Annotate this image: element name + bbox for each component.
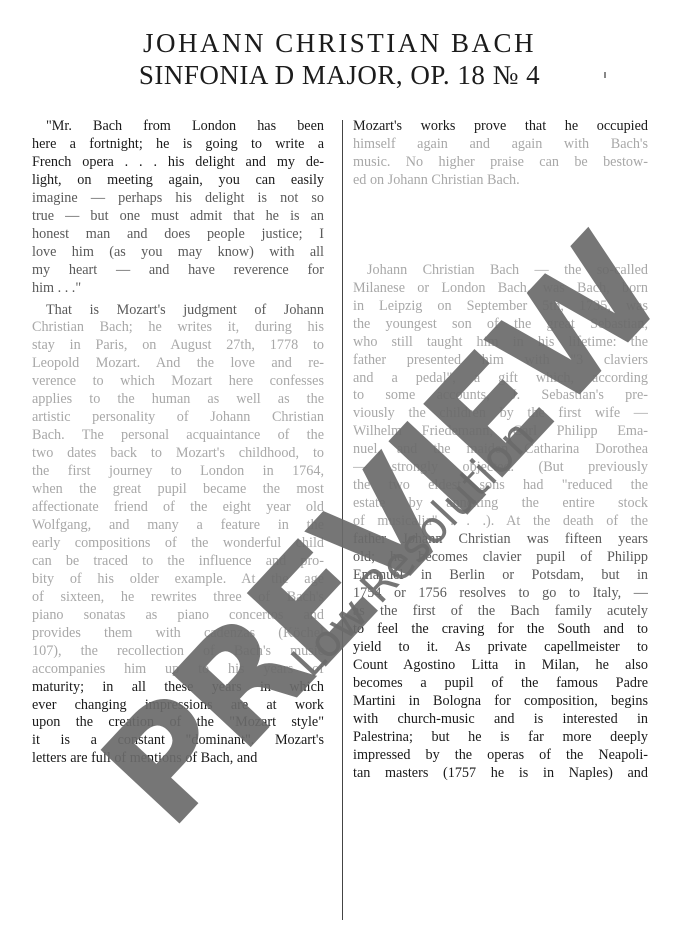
text-line: light, on meeting again, you can easily <box>32 172 324 190</box>
text-line: becomes a pupil of the famous Padre <box>353 675 648 693</box>
work-title: SINFONIA D MAJOR, OP. 18 № 4 <box>0 60 679 91</box>
text-line: That is Mozart's judgment of Johann <box>32 302 324 320</box>
text-line: 107), the recollection of Bach's music <box>32 643 324 661</box>
text-line: Bach. The personal acquaintance of the <box>32 427 324 445</box>
scan-speck <box>604 72 606 78</box>
text-line: of musicalia" . . .). At the death of th… <box>353 513 648 531</box>
text-line: himself again and again with Bach's <box>353 136 648 154</box>
text-line: Milanese or London Bach, was Bach, born <box>353 280 648 298</box>
text-line: can be traced to the influence and pro- <box>32 553 324 571</box>
text-line: viously the children by the first wife — <box>353 405 648 423</box>
text-line: the two eldest sons had "reduced the <box>353 477 648 495</box>
text-line: him . . ." <box>32 280 324 298</box>
text-line: Martini in Bologna for composition, begi… <box>353 693 648 711</box>
text-line: as the first of the Bach family acutely <box>353 603 648 621</box>
text-line: tan masters (1757 he is in Naples) and <box>353 765 648 783</box>
text-line: accompanies him up to his years of <box>32 661 324 679</box>
text-line: bity of his older example. At the age <box>32 571 324 589</box>
text-line: letters are full of mentions of Bach, an… <box>32 750 324 768</box>
text-line: true — but one must admit that he is an <box>32 208 324 226</box>
text-line: affectionate friend of the eight year ol… <box>32 499 324 517</box>
text-line: Wilhelm Friedemann, Carl Philipp Ema- <box>353 423 648 441</box>
text-line: ed on Johann Christian Bach. <box>353 172 648 190</box>
text-line: applies to the human as well as the <box>32 391 324 409</box>
text-line: provides them with cadenzas (Köchel <box>32 625 324 643</box>
text-line: Leopold Mozart. And the love and re- <box>32 355 324 373</box>
text-line: when the great pupil became the most <box>32 481 324 499</box>
text-line: honest man and does people justice; I <box>32 226 324 244</box>
text-line: Mozart's works prove that he occupied <box>353 118 648 136</box>
text-line: here a fortnight; he is going to write a <box>32 136 324 154</box>
text-line: father presented him with "3 claviers <box>353 352 648 370</box>
text-line: Wolfgang, and many a feature in the <box>32 517 324 535</box>
text-line: to feel the craving for the South and to <box>353 621 648 639</box>
text-line: maturity; in all these years in which <box>32 679 324 697</box>
text-line: Count Agostino Litta in Milan, he also <box>353 657 648 675</box>
text-line: my heart — and have reverence for <box>32 262 324 280</box>
text-line: impressed by the operas of the Neapoli- <box>353 747 648 765</box>
text-line: upon the creation of the "Mozart style" <box>32 714 324 732</box>
text-line: in Leipzig on September 5th, 1735, was <box>353 298 648 316</box>
text-line: imagine — perhaps his delight is not so <box>32 190 324 208</box>
text-line: the first journey to London in 1764, <box>32 463 324 481</box>
text-line: artistic personality of Johann Christian <box>32 409 324 427</box>
text-line: it is a constant "dominant". Mozart's <box>32 732 324 750</box>
text-line: Christian Bach; he writes it, during his <box>32 319 324 337</box>
composer-title: JOHANN CHRISTIAN BACH <box>0 28 679 59</box>
text-line: ever changing impressions are at work <box>32 697 324 715</box>
text-line: French opera . . . his delight and my de… <box>32 154 324 172</box>
text-line: two dates back to Mozart's childhood, to <box>32 445 324 463</box>
text-line: father Johann Christian was fifteen year… <box>353 531 648 549</box>
column-divider <box>342 120 343 920</box>
text-line: and a pedal", a gift which, according <box>353 370 648 388</box>
text-line: Emanuel in Berlin or Potsdam, but in <box>353 567 648 585</box>
text-line: piano sonatas as piano concertos and <box>32 607 324 625</box>
text-line: music. No higher praise can be bestow- <box>353 154 648 172</box>
paragraph-gap <box>353 190 648 262</box>
text-line: to some accounts, J. Sebastian's pre- <box>353 387 648 405</box>
text-line: old; he becomes clavier pupil of Philipp <box>353 549 648 567</box>
text-line: — strongly objected. (But previously <box>353 459 648 477</box>
right-text-column: Mozart's works prove that he occupiedhim… <box>353 118 648 782</box>
text-line: the youngest son of the great Sebastian, <box>353 316 648 334</box>
text-line: "Mr. Bach from London has been <box>32 118 324 136</box>
left-text-column: "Mr. Bach from London has beenhere a for… <box>32 118 324 768</box>
text-line: estate by annexing the entire stock <box>353 495 648 513</box>
text-line: love him (as you may know) with all <box>32 244 324 262</box>
text-line: Johann Christian Bach — the so-called <box>353 262 648 280</box>
text-line: of sixteen, he rewrites three of Bach's <box>32 589 324 607</box>
text-line: yield to it. As private capellmeister to <box>353 639 648 657</box>
text-line: Palestrina; but he is far more deeply <box>353 729 648 747</box>
text-line: who still taught him in his lifetime: th… <box>353 334 648 352</box>
text-line: nuel, and the maiden Catharina Dorothea <box>353 441 648 459</box>
text-line: early compositions of the wonderful chil… <box>32 535 324 553</box>
text-line: with church-music and is interested in <box>353 711 648 729</box>
text-line: stay in Paris, on August 27th, 1778 to <box>32 337 324 355</box>
text-line: 1754 or 1756 resolves to go to Italy, — <box>353 585 648 603</box>
text-line: verence to which Mozart here confesses <box>32 373 324 391</box>
